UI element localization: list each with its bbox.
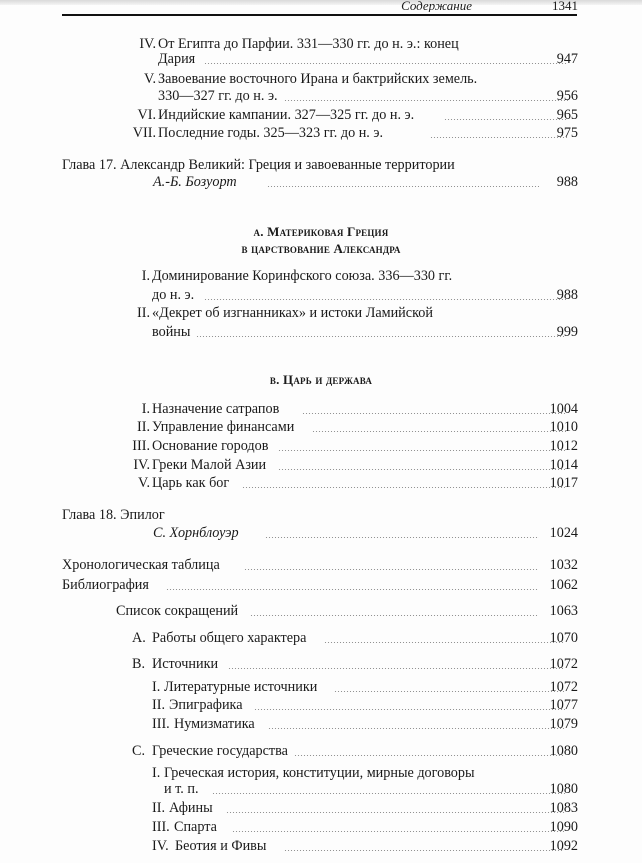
leader-dots [228, 655, 564, 673]
leader-dots [212, 780, 566, 798]
toc-entry[interactable]: Греческие государства [152, 742, 572, 760]
entry-title: Афины [169, 799, 213, 817]
entry-page: 999 [557, 323, 578, 341]
entry-title: Управление финансами [152, 418, 294, 436]
leader-dots [232, 818, 564, 836]
toc-entry[interactable]: и т. п. [164, 780, 574, 798]
entry-title: Греческие государства [152, 742, 288, 760]
chapter-author: А.-Б. Бозуорт [153, 173, 237, 191]
entry-page: 1079 [550, 715, 578, 733]
leader-dots [196, 323, 566, 341]
entry-page: 1012 [550, 437, 578, 455]
leader-dots [204, 286, 566, 304]
leader-dots [254, 696, 566, 714]
entry-title: Завоевание восточного Ирана и бактрийски… [158, 70, 477, 88]
toc-entry[interactable]: Индийские кампании. 327—325 гг. до н. э. [158, 106, 578, 124]
toc-entry[interactable]: III. Спарта [152, 818, 572, 836]
entry-page: 988 [557, 286, 578, 304]
toc-entry[interactable]: войны [152, 323, 572, 341]
chapter-author: С. Хорнблоуэр [153, 524, 239, 542]
entry-page: 1072 [550, 655, 578, 673]
leader-dots [265, 524, 539, 542]
entry-numeral: B. [132, 655, 145, 673]
leader-dots [312, 418, 566, 436]
leader-dots [430, 124, 568, 142]
entry-title: Индийские кампании. 327—325 гг. до н. э. [158, 106, 414, 124]
entry-page: 1024 [550, 524, 578, 542]
entry-numeral: II. [124, 418, 150, 436]
entry-title: Хронологическая таблица [62, 556, 220, 574]
toc-entry[interactable]: Назначение сатрапов [152, 400, 572, 418]
chapter-title: Глава 17. Александр Великий: Греция и за… [62, 156, 455, 174]
toc-entry[interactable]: Последние годы. 325—323 гг. до н. э. [158, 124, 578, 142]
entry-title: Назначение сатрапов [152, 400, 279, 418]
entry-title-cont: 330—327 гг. до н. э. [158, 87, 278, 105]
entry-numeral: IV. [120, 456, 150, 474]
leader-dots [226, 799, 566, 817]
toc-entry[interactable]: I. Литературные источники [152, 678, 572, 696]
entry-title-cont: до н. э. [152, 286, 194, 304]
section-heading: b. Царь и держава [0, 372, 642, 388]
entry-numeral: VI. [126, 106, 156, 124]
leader-dots [244, 556, 538, 574]
leader-dots [302, 400, 566, 418]
entry-numeral: I. [126, 267, 150, 285]
entry-title: Список сокращений [116, 602, 238, 620]
header-rule [62, 14, 577, 16]
leader-dots [250, 602, 538, 620]
entry-title: Основание городов [152, 437, 268, 455]
running-title: Содержание [62, 0, 472, 12]
toc-entry[interactable]: Царь как бог [152, 474, 572, 492]
leader-dots [284, 87, 568, 105]
entry-title: Беотия и Фивы [175, 837, 266, 855]
toc-entry[interactable]: IV. Беотия и Фивы [152, 837, 572, 855]
leader-dots [204, 50, 568, 68]
entry-page: 975 [557, 124, 578, 142]
entry-numeral: IV. [152, 837, 169, 855]
leader-dots [444, 106, 568, 124]
toc-entry[interactable]: II. Афины [152, 799, 572, 817]
entry-page: 1080 [550, 780, 578, 798]
entry-numeral: II. [152, 696, 165, 714]
entry-numeral: I. [124, 400, 150, 418]
leader-dots [324, 629, 564, 647]
entry-numeral: VII. [120, 124, 156, 142]
leader-dots [294, 742, 564, 760]
entry-page: 1010 [550, 418, 578, 436]
toc-entry[interactable]: Хронологическая таблица [62, 556, 572, 574]
entry-numeral: II. [152, 799, 165, 817]
entry-title-cont: войны [152, 323, 190, 341]
entry-title: Царь как бог [152, 474, 229, 492]
entry-numeral: V. [126, 70, 156, 88]
toc-entry[interactable]: Библиография [62, 576, 572, 594]
entry-page: 947 [557, 50, 578, 68]
toc-entry[interactable]: Греки Малой Азии [152, 456, 572, 474]
entry-page: 965 [557, 106, 578, 124]
toc-entry[interactable]: А.-Б. Бозуорт [153, 173, 573, 191]
entry-title-cont: и т. п. [164, 780, 199, 798]
entry-numeral: III. [152, 818, 170, 836]
entry-numeral: A. [132, 629, 146, 647]
leader-dots [334, 678, 566, 696]
entry-title: Последние годы. 325—323 гг. до н. э. [158, 124, 383, 142]
entry-page: 1063 [550, 602, 578, 620]
entry-title: Спарта [174, 818, 217, 836]
entry-page: 1032 [550, 556, 578, 574]
entry-numeral: V. [124, 474, 150, 492]
leader-dots [278, 456, 566, 474]
entry-title: Доминирование Коринфского союза. 336—330… [152, 267, 452, 285]
entry-page: 1077 [550, 696, 578, 714]
entry-numeral: II. [122, 304, 150, 322]
toc-entry[interactable]: Список сокращений [116, 602, 576, 620]
entry-page: 1072 [550, 678, 578, 696]
leader-dots [166, 576, 538, 594]
entry-page: 1083 [550, 799, 578, 817]
entry-page: 1070 [550, 629, 578, 647]
toc-entry[interactable]: Дария [158, 50, 578, 68]
entry-page: 956 [557, 87, 578, 105]
leader-dots [242, 474, 566, 492]
chapter-title: Глава 18. Эпилог [62, 506, 165, 524]
toc-entry[interactable]: до н. э. [152, 286, 572, 304]
leader-dots [267, 173, 539, 191]
toc-entry[interactable]: II. Эпиграфика [152, 696, 572, 714]
entry-title-cont: Дария [158, 50, 195, 68]
toc-entry[interactable]: Источники [152, 655, 572, 673]
entry-title: Греки Малой Азии [152, 456, 266, 474]
entry-title: Нумизматика [174, 715, 255, 733]
entry-page: 1080 [550, 742, 578, 760]
entry-numeral: C. [132, 742, 145, 760]
toc-entry[interactable]: Работы общего характера [152, 629, 572, 647]
entry-page: 1092 [550, 837, 578, 855]
toc-entry[interactable]: С. Хорнблоуэр [153, 524, 573, 542]
entry-title: Работы общего характера [152, 629, 306, 647]
entry-title: «Декрет об изгнанниках» и истоки Ламийск… [152, 304, 433, 322]
entry-title: Эпиграфика [169, 696, 243, 714]
toc-entry[interactable]: Управление финансами [152, 418, 572, 436]
entry-numeral: III. [152, 715, 170, 733]
entry-numeral: IV. [126, 35, 156, 53]
entry-numeral: I. [152, 764, 160, 782]
section-heading-cont: в царствование Александра [0, 241, 642, 257]
entry-title: Источники [152, 655, 218, 673]
leader-dots [268, 715, 566, 733]
toc-entry[interactable]: III. Нумизматика [152, 715, 572, 733]
entry-page: 1062 [550, 576, 578, 594]
entry-title: Литературные источники [164, 678, 317, 696]
leader-dots [284, 837, 564, 855]
entry-page: 1017 [550, 474, 578, 492]
entry-page: 988 [557, 173, 578, 191]
section-heading: a. Материковая Греция [0, 224, 642, 240]
entry-numeral: III. [120, 437, 150, 455]
toc-entry[interactable]: 330—327 гг. до н. э. [158, 87, 578, 105]
entry-page: 1014 [550, 456, 578, 474]
entry-numeral: I. [152, 678, 160, 696]
leader-dots [278, 437, 566, 455]
entry-title: Библиография [62, 576, 149, 594]
toc-entry[interactable]: Основание городов [152, 437, 572, 455]
page-number: 1341 [544, 0, 578, 12]
entry-page: 1090 [550, 818, 578, 836]
entry-page: 1004 [550, 400, 578, 418]
